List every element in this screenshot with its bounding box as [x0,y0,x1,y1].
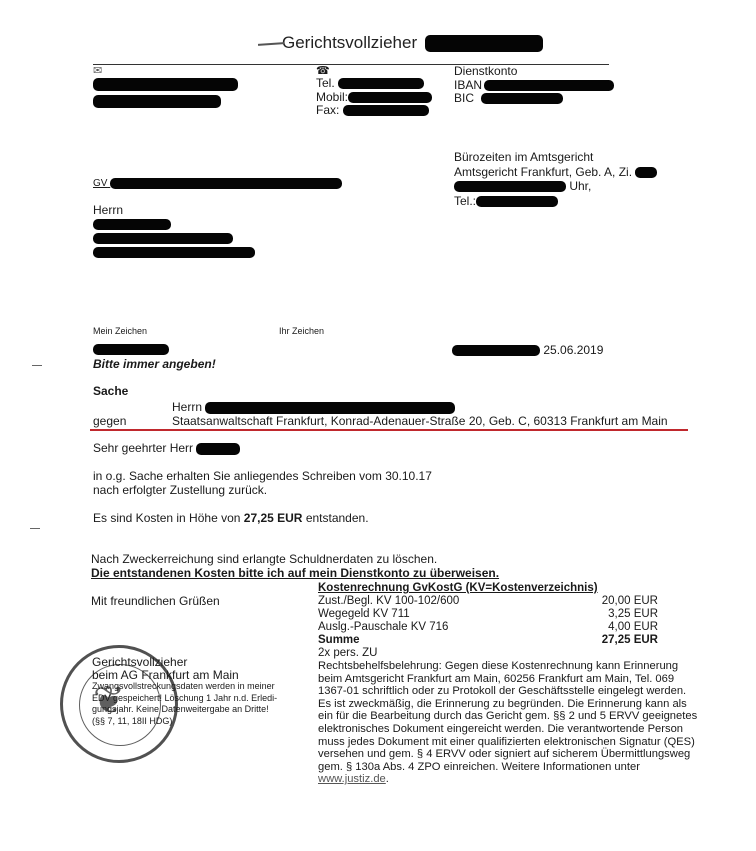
closing: Mit freundlichen Grüßen [91,594,220,608]
cost-total-row: Summe27,25 EUR [318,634,658,647]
greeting: Sehr geehrter Herr [93,441,240,455]
redacted-party1 [205,402,455,414]
paragraph-4: Die entstandenen Kosten bitte ich auf me… [91,566,499,580]
redacted-sender [110,178,342,189]
party-1: Herrn [172,400,455,414]
fold-mark [32,365,42,366]
para2-suffix: entstanden. [306,511,369,525]
cost-amount: 20,00 EUR [602,595,658,608]
justiz-link[interactable]: www.justiz.de [318,773,386,785]
reference-note: Bitte immer angeben! [93,357,216,371]
redacted-ref [93,344,169,355]
tel-label: Tel. [316,76,335,90]
signature-block: Gerichtsvollzieher beim AG Frankfurt am … [92,656,277,727]
total-amount: 27,25 EUR [602,634,658,647]
para2-amount: 27,25 EUR [244,511,303,525]
iban-label: IBAN [454,78,482,92]
mobil-label: Mobil: [316,90,348,104]
office-location: Amtsgericht Frankfurt, Geb. A, Zi. [454,165,632,179]
pen-stroke [258,42,284,46]
greeting-text: Sehr geehrter Herr [93,441,193,455]
office-tel-label: Tel.: [454,194,476,208]
title-text: Gerichtsvollzieher [282,33,417,52]
total-label: Summe [318,634,360,647]
envelope-icon: ✉ [93,64,102,77]
recipient-salutation: Herrn [93,203,255,217]
redacted-bic [481,93,563,104]
sender-return-line: GV [93,178,342,189]
mein-zeichen-label: Mein Zeichen [93,326,147,336]
cost-label: Zust./Begl. KV 100-102/600 [318,595,459,608]
fold-mark [30,528,40,529]
recipient-address: Herrn [93,203,255,259]
data-notice-line: gungsjahr. Keine Datenweitergabe an Drit… [92,704,277,716]
office-hours-heading: Bürozeiten im Amtsgericht [454,150,657,165]
data-notice-line: EDV gespeichert! Löschung 1 Jahr n.d. Er… [92,693,277,705]
party1-prefix: Herrn [172,400,202,414]
contact-block: Tel. Mobil: Fax: [316,77,432,118]
signature-court: beim AG Frankfurt am Main [92,669,277,682]
redacted-recipient-line [93,247,255,258]
para1-line1: in o.g. Sache erhalten Sie anliegendes S… [93,469,432,483]
bic-label: BIC [454,91,474,105]
gv-prefix: GV [93,178,107,189]
date-text: 25.06.2019 [543,343,603,357]
party-2: Staatsanwaltschaft Frankfurt, Konrad-Ade… [172,414,668,428]
redacted-place [452,345,540,356]
redacted-recipient-line [93,233,233,244]
letterhead-title: Gerichtsvollzieher [282,33,543,53]
paragraph-2: Es sind Kosten in Höhe von 27,25 EUR ent… [93,511,369,525]
redacted-office-tel [476,196,558,207]
paragraph-1: in o.g. Sache erhalten Sie anliegendes S… [93,469,432,497]
sender-address [93,78,238,108]
para2-prefix: Es sind Kosten in Höhe von [93,511,240,525]
ihr-zeichen-label: Ihr Zeichen [279,326,324,336]
redacted-address-line [93,95,221,108]
redacted-address-line [93,78,238,91]
legal-notice: Rechtsbehelfsbelehrung: Gegen diese Kost… [318,660,698,786]
redacted-recipient-line [93,219,171,230]
cost-row: Zust./Begl. KV 100-102/60020,00 EUR [318,595,658,608]
link-suffix: . [386,773,389,785]
matter-label: Sache [93,384,128,398]
cost-invoice-heading: Kostenrechnung GvKostG (KV=Kostenverzeic… [318,582,658,595]
matter-underline [90,429,688,431]
redacted-room [635,167,657,178]
redacted-fax [343,105,429,116]
redacted-iban [484,80,614,91]
cost-note: 2x pers. ZU [318,647,658,660]
signature-title: Gerichtsvollzieher [92,656,277,669]
office-hours: Bürozeiten im Amtsgericht Amtsgericht Fr… [454,150,657,208]
against-label: gegen [93,414,126,428]
fax-label: Fax: [316,103,339,117]
cost-row: Wegegeld KV 7113,25 EUR [318,608,658,621]
redacted-mobil [348,92,432,103]
letter-date: 25.06.2019 [452,343,603,357]
para1-line2: nach erfolgter Zustellung zurück. [93,483,432,497]
cost-amount: 3,25 EUR [608,608,658,621]
paragraph-3: Nach Zweckerreichung sind erlangte Schul… [91,552,437,566]
legal-text: Rechtsbehelfsbelehrung: Gegen diese Kost… [318,660,697,773]
redacted-name [425,35,543,52]
cost-row: Auslg.-Pauschale KV 7164,00 EUR [318,621,658,634]
data-notice-line: (§§ 7, 11, 18II HDG) [92,716,277,728]
cost-label: Auslg.-Pauschale KV 716 [318,621,448,634]
cost-amount: 4,00 EUR [608,621,658,634]
hours-suffix: Uhr, [569,179,591,193]
cost-label: Wegegeld KV 711 [318,608,410,621]
redacted-greeting-name [196,443,240,455]
data-notice-line: Zwangsvollstreckungsdaten werden in mein… [92,681,277,693]
dienstkonto-heading: Dienstkonto [454,65,614,79]
redacted-tel [338,78,424,89]
cost-invoice: Kostenrechnung GvKostG (KV=Kostenverzeic… [318,582,658,660]
bank-block: Dienstkonto IBAN BIC [454,65,614,106]
redacted-hours [454,181,566,192]
